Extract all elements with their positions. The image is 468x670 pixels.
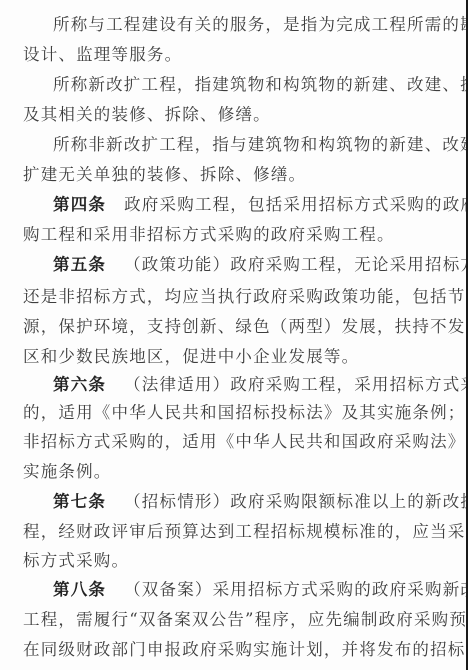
line-text: 及其相关的装修、拆除、修缮。 xyxy=(23,105,271,124)
line-text: （双备案）采用招标方式采购的政府采购新改扩 xyxy=(124,580,468,599)
line-text: 实施条例。 xyxy=(23,462,112,481)
text-line: 的，适用《中华人民共和国招标投标法》及其实施条例；采用 xyxy=(23,398,453,428)
line-text: 程，经财政评审后预算达到工程招标规模标准的，应当采用招 xyxy=(23,522,468,541)
line-text: 设计、监理等服务。 xyxy=(23,45,182,64)
line-text: （招标情形）政府采购限额标准以上的新改扩工 xyxy=(124,492,468,511)
text-line: 区和少数民族地区，促进中小企业发展等。 xyxy=(23,342,453,372)
article-number: 第六条 xyxy=(53,375,106,394)
line-text: 所称与工程建设有关的服务，是指为完成工程所需的勘察、 xyxy=(53,15,468,34)
text-line: 所称新改扩工程，指建筑物和构筑物的新建、改建、扩建 xyxy=(53,70,453,100)
article-8-heading-line: 第八条（双备案）采用招标方式采购的政府采购新改扩 xyxy=(53,575,453,605)
article-6-heading-line: 第六条（法律适用）政府采购工程，采用招标方式采购 xyxy=(53,370,453,400)
line-text: 还是非招标方式，均应当执行政府采购政策功能，包括节约能 xyxy=(23,287,468,306)
text-line: 标方式采购。 xyxy=(23,546,453,576)
article-number: 第七条 xyxy=(53,492,106,511)
line-text: 区和少数民族地区，促进中小企业发展等。 xyxy=(23,347,359,366)
line-text: 源，保护环境，支持创新、绿色（两型）发展，扶持不发达地 xyxy=(23,317,468,336)
article-5-heading-line: 第五条（政策功能）政府采购工程，无论采用招标方式 xyxy=(53,250,453,280)
line-text: 在同级财政部门申报政府采购实施计划，并将发布的招标公告 xyxy=(23,640,468,659)
article-number: 第五条 xyxy=(53,255,106,274)
text-line: 及其相关的装修、拆除、修缮。 xyxy=(23,100,453,130)
text-line: 程，经财政评审后预算达到工程招标规模标准的，应当采用招 xyxy=(23,517,453,547)
article-7-heading-line: 第七条（招标情形）政府采购限额标准以上的新改扩工 xyxy=(53,487,453,517)
text-line: 购工程和采用非招标方式采购的政府采购工程。 xyxy=(23,220,453,250)
line-text: 政府采购工程，包括采用招标方式采购的政府采 xyxy=(124,195,468,214)
line-text: 所称非新改扩工程，指与建筑物和构筑物的新建、改建、 xyxy=(53,135,468,154)
text-line: 还是非招标方式，均应当执行政府采购政策功能，包括节约能 xyxy=(23,282,453,312)
document-page: 所称与工程建设有关的服务，是指为完成工程所需的勘察、 设计、监理等服务。 所称新… xyxy=(0,0,466,670)
text-line: 设计、监理等服务。 xyxy=(23,40,453,70)
line-text: 工程，需履行“双备案双公告”程序，应先编制政府采购预算， xyxy=(23,610,468,629)
line-text: 标方式采购。 xyxy=(23,551,129,570)
line-text: 的，适用《中华人民共和国招标投标法》及其实施条例；采用 xyxy=(23,403,468,422)
text-line: 工程，需履行“双备案双公告”程序，应先编制政府采购预算， xyxy=(23,605,453,635)
article-number: 第八条 xyxy=(53,580,106,599)
line-text: 非招标方式采购的，适用《中华人民共和国政府采购法》及其 xyxy=(23,432,468,451)
article-4-heading-line: 第四条政府采购工程，包括采用招标方式采购的政府采 xyxy=(53,190,453,220)
text-line: 非招标方式采购的，适用《中华人民共和国政府采购法》及其 xyxy=(23,427,453,457)
text-line: 在同级财政部门申报政府采购实施计划，并将发布的招标公告 xyxy=(23,635,453,665)
line-text: 所称新改扩工程，指建筑物和构筑物的新建、改建、扩建 xyxy=(53,75,468,94)
text-line: 所称与工程建设有关的服务，是指为完成工程所需的勘察、 xyxy=(53,10,453,40)
text-line: 所称非新改扩工程，指与建筑物和构筑物的新建、改建、 xyxy=(53,130,453,160)
text-line: 源，保护环境，支持创新、绿色（两型）发展，扶持不发达地 xyxy=(23,312,453,342)
line-text: 购工程和采用非招标方式采购的政府采购工程。 xyxy=(23,225,395,244)
article-number: 第四条 xyxy=(53,195,106,214)
line-text: （法律适用）政府采购工程，采用招标方式采购 xyxy=(124,375,468,394)
line-text: （政策功能）政府采购工程，无论采用招标方式 xyxy=(124,255,468,274)
text-line: 实施条例。 xyxy=(23,457,453,487)
text-line: 扩建无关单独的装修、拆除、修缮。 xyxy=(23,160,453,190)
line-text: 扩建无关单独的装修、拆除、修缮。 xyxy=(23,165,306,184)
